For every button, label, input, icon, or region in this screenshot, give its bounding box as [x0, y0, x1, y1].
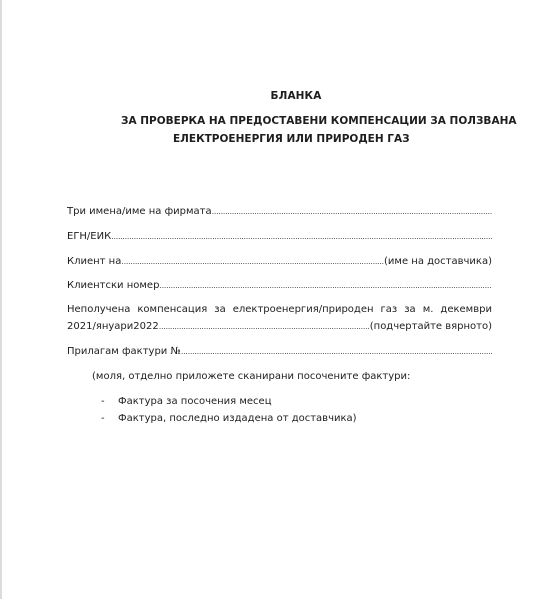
compensation-line2[interactable]: 2021/януари2022 (подчертайте вярното): [67, 318, 492, 335]
field-label: Три имена/име на фирмата: [67, 205, 212, 219]
compensation-line1: Неполучена компенсация за електроенергия…: [67, 301, 492, 318]
form-subtitle-line1: ЗА ПРОВЕРКА НА ПРЕДОСТАВЕНИ КОМПЕНСАЦИИ …: [121, 115, 516, 127]
list-item: - Фактура за посочения месец: [101, 393, 357, 410]
field-label: Прилагам фактури №: [67, 345, 181, 359]
field-attached-invoices[interactable]: Прилагам фактури №: [67, 345, 492, 359]
word: газ: [381, 301, 398, 318]
fill-in-line[interactable]: [212, 205, 492, 219]
word: Неполучена: [67, 301, 130, 318]
list-item-text: Фактура, последно издадена от доставчика…: [118, 413, 357, 424]
field-suffix: (име на доставчика): [384, 255, 492, 269]
field-suffix: (подчертайте вярното): [370, 318, 492, 335]
field-unreceived-compensation[interactable]: Неполучена компенсация за електроенергия…: [67, 301, 492, 335]
field-label: Клиентски номер: [67, 279, 159, 293]
fill-in-line[interactable]: [121, 255, 384, 269]
form-subtitle-line2: ЕЛЕКТРОЕНЕРГИЯ ИЛИ ПРИРОДЕН ГАЗ: [173, 133, 410, 145]
attachment-note: (моля, отделно приложете сканирани посоч…: [92, 371, 410, 382]
dash-bullet: -: [101, 396, 118, 407]
word: компенсация: [137, 301, 207, 318]
word: м.: [423, 301, 434, 318]
fill-in-line[interactable]: [159, 279, 492, 293]
fill-in-line[interactable]: [111, 230, 492, 244]
fill-in-line[interactable]: [159, 318, 370, 335]
field-label: ЕГН/ЕИК: [67, 230, 111, 244]
word: за: [404, 301, 415, 318]
field-client-number[interactable]: Клиентски номер: [67, 279, 492, 293]
field-egn-eik[interactable]: ЕГН/ЕИК: [67, 230, 492, 244]
word: за: [214, 301, 225, 318]
field-supplier[interactable]: Клиент на (име на доставчика): [67, 255, 492, 269]
word: електроенергия/природен: [233, 301, 374, 318]
dash-bullet: -: [101, 413, 118, 424]
field-label: Клиент на: [67, 255, 121, 269]
form-heading: БЛАНКА: [0, 90, 559, 102]
word: декември: [440, 301, 492, 318]
field-label: 2021/януари2022: [67, 318, 159, 335]
list-item-text: Фактура за посочения месец: [118, 396, 272, 407]
attachment-list: - Фактура за посочения месец - Фактура, …: [101, 393, 357, 427]
list-item: - Фактура, последно издадена от доставчи…: [101, 410, 357, 427]
field-full-name[interactable]: Три имена/име на фирмата: [67, 205, 492, 219]
fill-in-line[interactable]: [181, 345, 492, 359]
